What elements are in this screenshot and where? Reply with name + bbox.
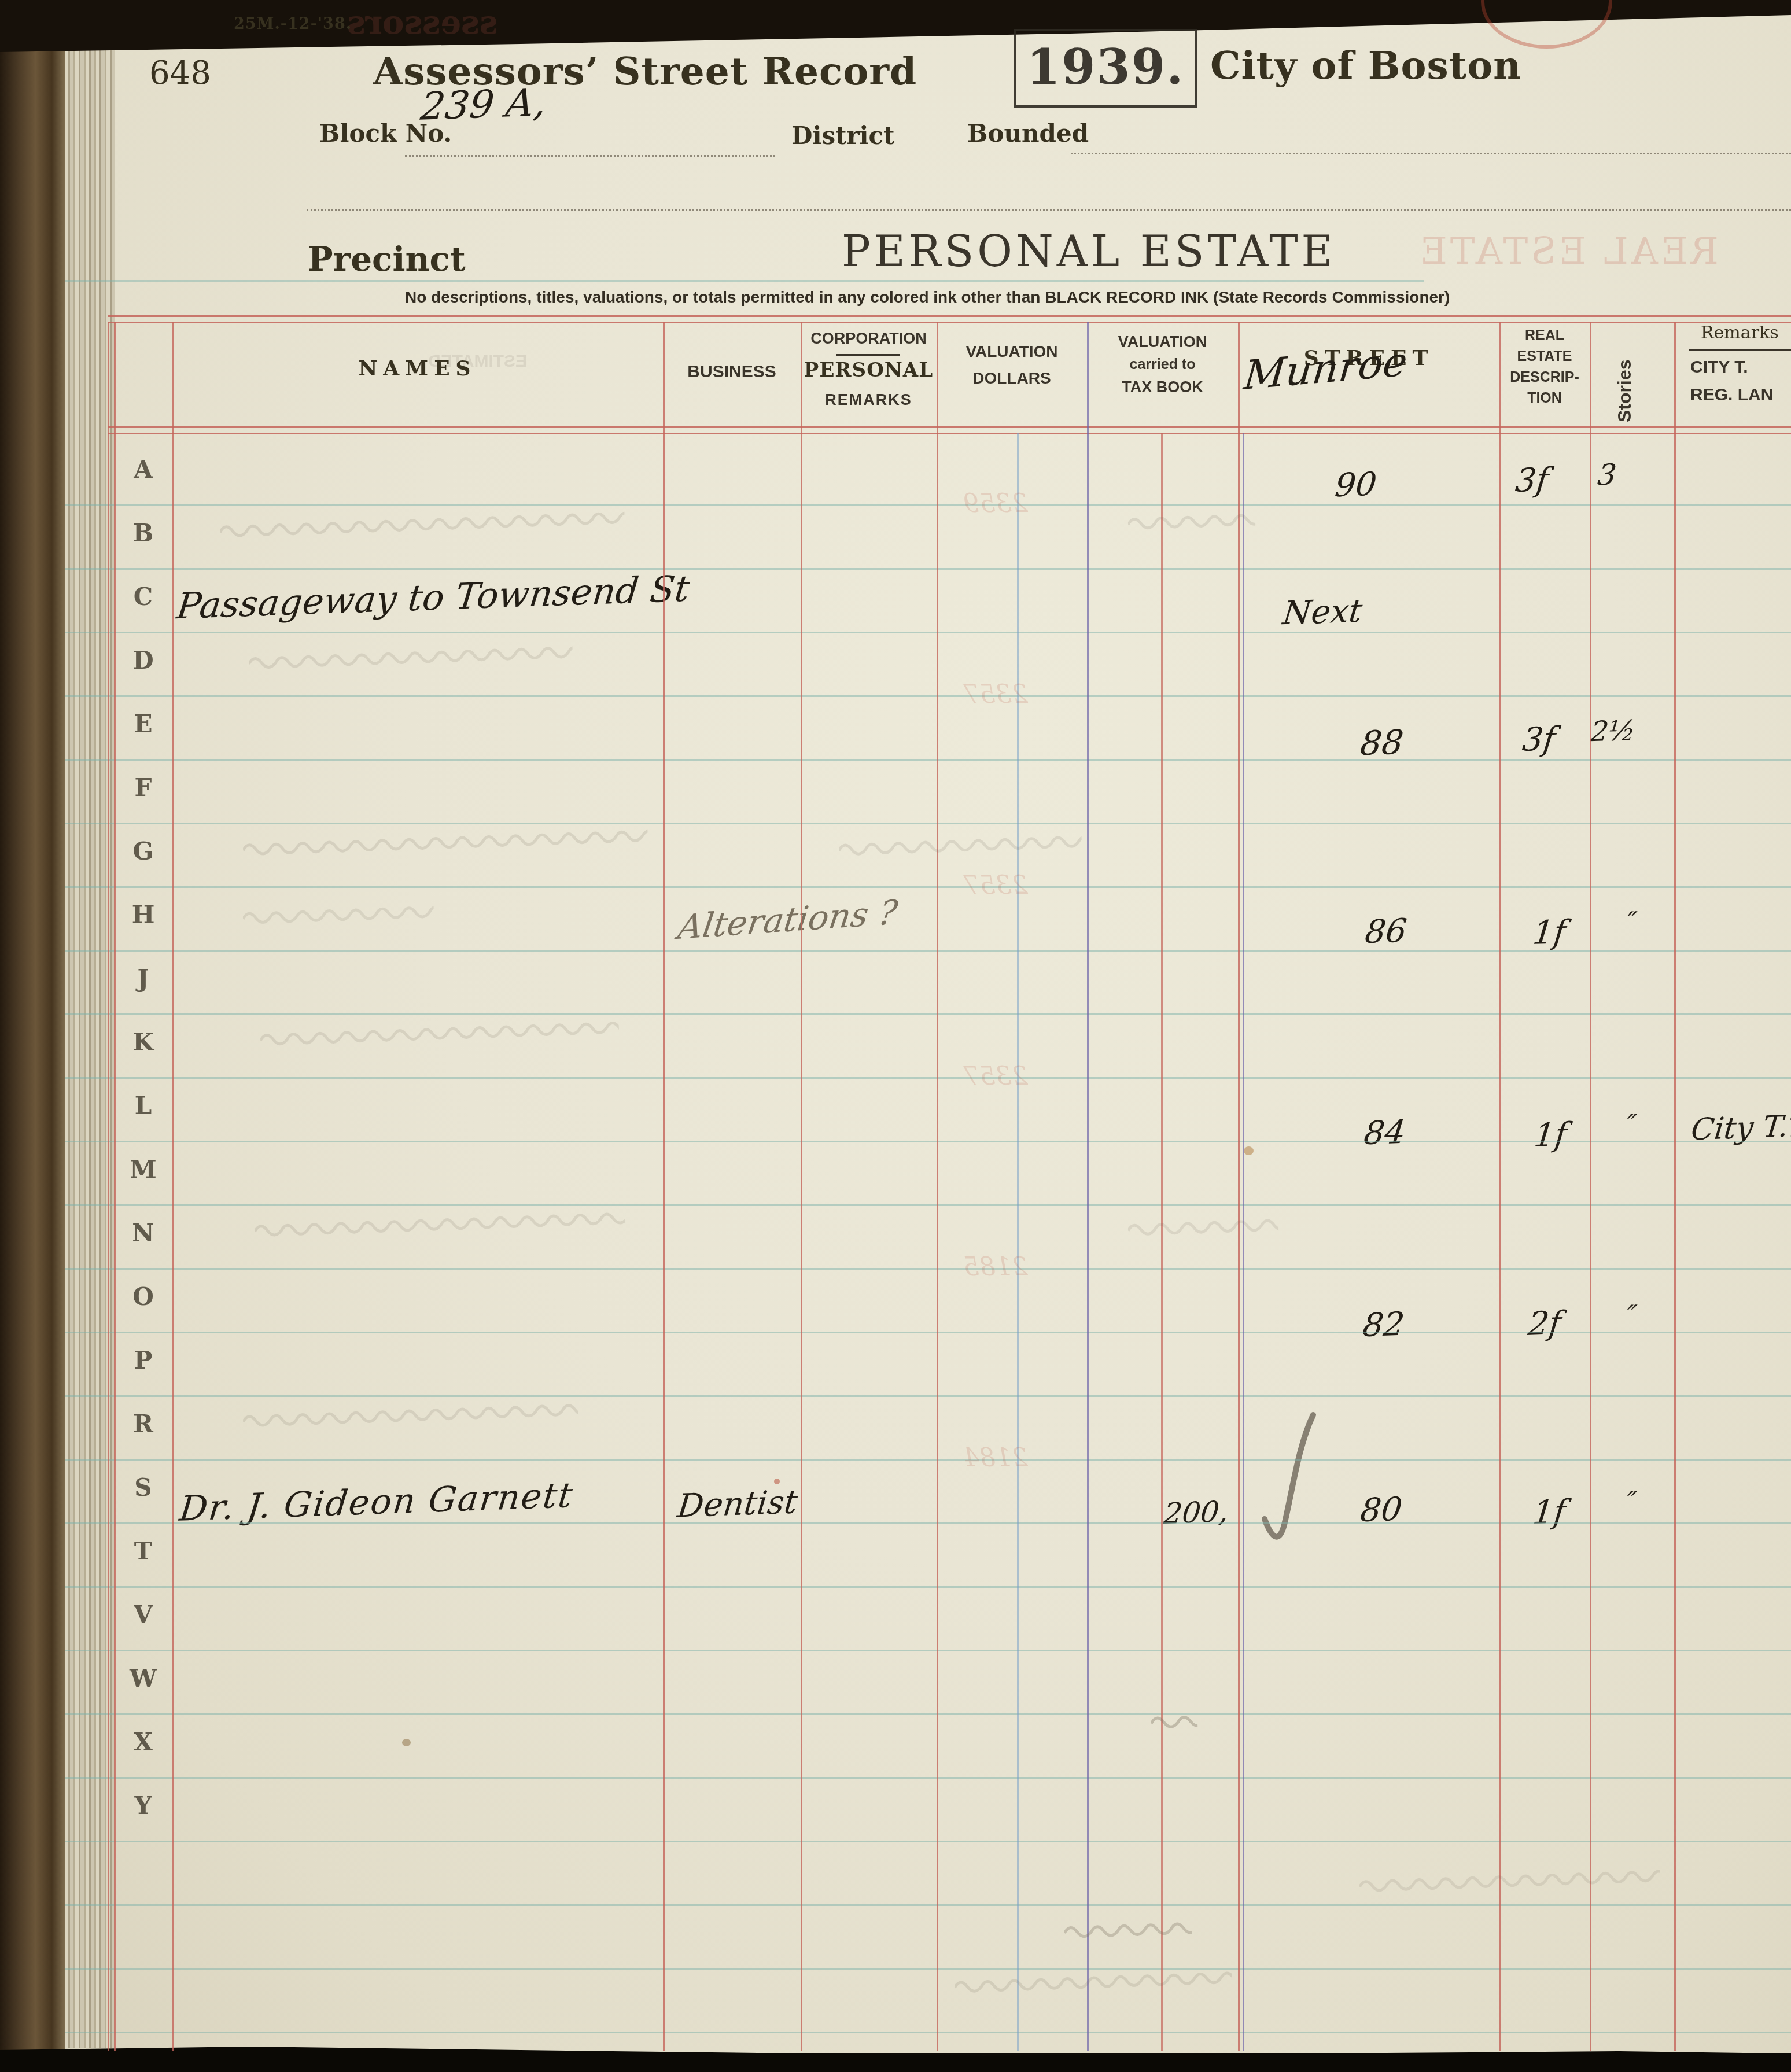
scanned-ledger-page: ssessors ESTIMATED REAL ESTATE 25M.-12-'… [0, 0, 1791, 2072]
col-header-real-estate-4: TION [1499, 390, 1590, 407]
entry-e-real-estate: 3f [1520, 720, 1557, 759]
row-letter-G: G [115, 837, 172, 865]
row-letter-O: O [115, 1282, 172, 1311]
block-no-value: 239 A, [418, 80, 548, 128]
ruled-line-blue [65, 886, 1791, 888]
entry-h-street: 86 [1363, 912, 1408, 951]
ruled-line-blue [65, 1013, 1791, 1015]
column-rule [108, 322, 109, 2051]
ruled-line-blue [65, 950, 1791, 952]
col-header-stories: Stories [1614, 330, 1635, 422]
col-header-names: NAMES [172, 356, 663, 381]
row-letter-T: T [115, 1537, 172, 1565]
row-letter-J: J [115, 964, 172, 993]
row-letter-D: D [115, 646, 172, 674]
col-header-valuation-tax-2: carried to [1087, 356, 1238, 373]
entry-s-valuation-tax: 200, [1162, 1495, 1230, 1531]
row-letter-E: E [115, 710, 172, 738]
row-letter-P: P [115, 1346, 172, 1374]
row-letter-K: K [115, 1028, 172, 1056]
column-rule [663, 322, 665, 2051]
col-header-valuation-tax-1: VALUATION [1087, 333, 1238, 351]
row-letter-F: F [115, 773, 172, 802]
column-rule [1243, 433, 1244, 2051]
ruled-line-blue [65, 695, 1791, 697]
column-rule [801, 322, 802, 2051]
col-header-valuation-tax-3: TAX BOOK [1087, 378, 1238, 396]
ruled-line-blue [65, 759, 1791, 761]
bounded-rule-2 [307, 209, 1791, 211]
col-header-personal: PERSONAL [801, 359, 937, 382]
col-header-real-estate-3: DESCRIP- [1499, 369, 1590, 386]
row-letter-V: V [115, 1601, 172, 1629]
ruled-line-blue [65, 504, 1791, 506]
row-letter-R: R [115, 1410, 172, 1438]
row-letter-N: N [115, 1219, 172, 1247]
row-letter-Y: Y [115, 1791, 172, 1820]
ruled-line-blue [65, 1586, 1791, 1588]
col-header-corporation: CORPORATION [801, 330, 937, 348]
section-title: PERSONAL ESTATE [842, 227, 1336, 276]
ruled-line-blue [65, 1968, 1791, 1970]
table-frame-line [108, 426, 1791, 428]
col-header-real-estate-2: ESTATE [1499, 348, 1590, 365]
entry-o-real-estate: 2f [1526, 1304, 1562, 1343]
ruled-line-blue [65, 1650, 1791, 1651]
paper-sheet [60, 13, 1791, 2053]
col-header-reg-lan: REG. LAN [1690, 385, 1773, 405]
ruled-line-blue [65, 1459, 1791, 1461]
ruled-line-blue [65, 1841, 1791, 1842]
entry-s-business: Dentist [676, 1483, 799, 1525]
table-frame-line [108, 322, 1791, 323]
corporation-rule [836, 354, 900, 356]
entry-o-street: 82 [1361, 1306, 1406, 1344]
table-frame-line [108, 315, 1791, 317]
ruled-line-blue [65, 568, 1791, 570]
entry-l-street: 84 [1362, 1114, 1407, 1152]
col-header-real-estate-1: REAL [1499, 327, 1590, 344]
col-header-business: BUSINESS [663, 362, 801, 382]
ruled-line-blue [65, 1395, 1791, 1397]
column-rule [937, 322, 938, 2051]
district-label: District [791, 121, 894, 150]
ruled-line-blue [65, 1268, 1791, 1270]
entry-h-real-estate: 1f [1531, 913, 1567, 952]
col-header-dollars: DOLLARS [937, 369, 1087, 388]
ruled-line-blue [65, 632, 1791, 633]
table-frame-line [108, 433, 1791, 434]
year-stamp: 1939. [1016, 38, 1195, 95]
col-header-remarks: Remarks [1701, 323, 1779, 343]
entry-a-real-estate: 3f [1513, 461, 1550, 500]
entry-c-street: Next [1281, 592, 1364, 633]
ruled-line-blue [65, 1332, 1791, 1333]
row-letter-X: X [115, 1728, 172, 1756]
column-rule [1674, 322, 1676, 2051]
precinct-label: Precinct [308, 239, 466, 279]
col-header-remarks-sub: REMARKS [801, 391, 937, 409]
paper-stain [402, 1739, 411, 1746]
remarks-rule [1689, 349, 1791, 351]
bounded-rule [1071, 153, 1791, 154]
column-rule [1087, 322, 1089, 2051]
column-rule [1161, 433, 1163, 2051]
row-letter-S: S [115, 1473, 172, 1502]
year-stamp-box: 1939. [1014, 29, 1197, 108]
entry-a-street: 90 [1333, 466, 1378, 504]
entry-l-real-estate: 1f [1532, 1116, 1568, 1155]
page-number: 648 [149, 54, 211, 92]
entry-e-street: 88 [1358, 722, 1405, 764]
column-rule [1590, 322, 1591, 2051]
ruled-line-blue [65, 1777, 1791, 1779]
paper-stain [774, 1479, 780, 1484]
entry-s-real-estate: 1f [1531, 1493, 1567, 1532]
column-rule [1017, 433, 1019, 2051]
row-letter-L: L [115, 1092, 172, 1120]
ink-note: No descriptions, titles, valuations, or … [405, 288, 1450, 307]
ruled-line-blue [65, 1204, 1791, 1206]
bounded-label: Bounded [967, 119, 1089, 148]
book-binding [0, 0, 65, 2072]
row-letter-C: C [115, 582, 172, 611]
entry-e-stories: 2½ [1589, 714, 1637, 749]
ruled-line-blue [65, 1522, 1791, 1524]
row-letter-H: H [115, 901, 172, 929]
ruled-line-blue [65, 2032, 1791, 2033]
col-header-city-t: CITY T. [1690, 357, 1748, 377]
row-letter-W: W [115, 1664, 172, 1693]
row-letter-M: M [115, 1155, 172, 1184]
entry-a-stories: 3 [1596, 458, 1618, 492]
column-rule [1238, 322, 1240, 2051]
row-letter-A: A [115, 455, 172, 484]
ledger-title-right: City of Boston [1210, 43, 1521, 88]
block-no-rule [405, 155, 775, 157]
plate-note: 25M.-12-'38. [234, 15, 352, 33]
header-blue-rule [65, 280, 1424, 282]
ruled-line-blue [65, 1713, 1791, 1715]
col-header-valuation: VALUATION [937, 342, 1087, 361]
column-rule [1499, 322, 1501, 2051]
paper-stain [1244, 1146, 1254, 1155]
row-letter-B: B [115, 519, 172, 547]
ruled-line-blue [65, 823, 1791, 824]
ruled-line-blue [65, 1077, 1791, 1079]
ruled-line-blue [65, 1141, 1791, 1142]
pencil-checkmark [1256, 1410, 1320, 1549]
ruled-line-blue [65, 1904, 1791, 1906]
column-rule [172, 322, 174, 2051]
